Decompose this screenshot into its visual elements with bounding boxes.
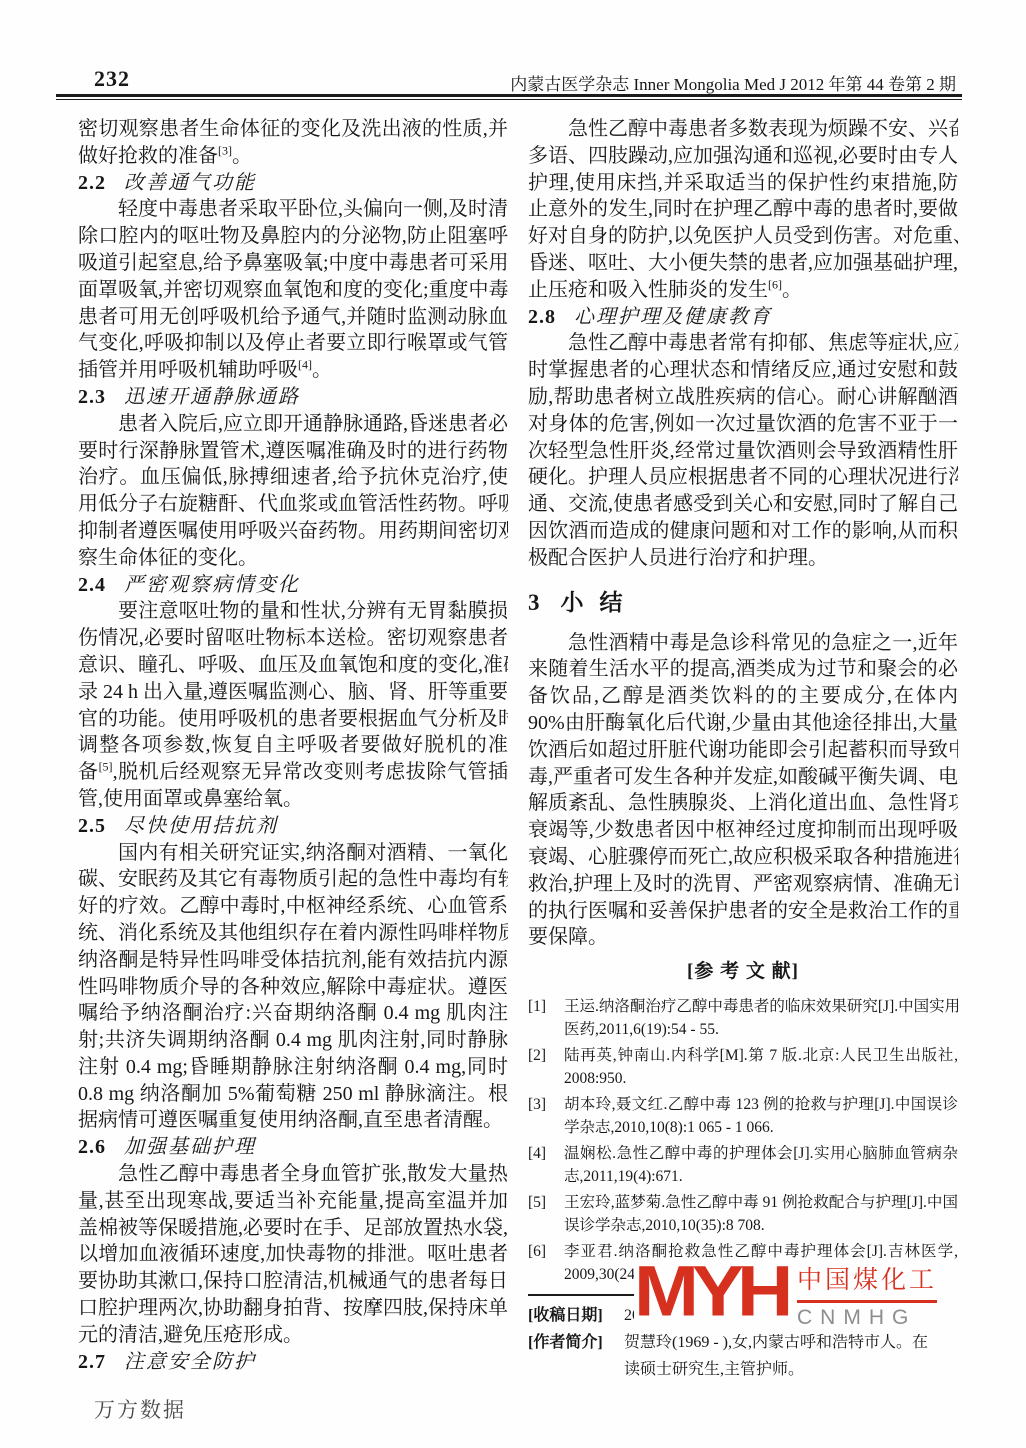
reference-line: 王宏玲,蓝梦菊.急性乙醇中毒 91 例抢救配合与护理[J].中国 [564, 1191, 958, 1214]
text-line: 衰竭、心脏骤停而死亡,故应积极采取各种措施进行 [528, 844, 958, 871]
paragraph: 急性乙醇中毒患者多数表现为烦躁不安、兴奋多语、四肢躁动,应加强沟通和巡视,必要时… [528, 116, 958, 304]
text-line: 管,使用面罩或鼻塞给氧。 [78, 786, 508, 813]
text-line: 救治,护理上及时的洗胃、严密观察病情、准确无误 [528, 871, 958, 898]
section-heading: 2.3迅速开通静脉通路 [78, 384, 508, 411]
text-line: 毒,严重者可发生各种并发症,如酸碱平衡失调、电 [528, 764, 958, 791]
text-line: 据病情可遵医嘱重复使用纳洛酮,直至患者清醒。 [78, 1107, 508, 1134]
section-title: 改善通气功能 [124, 172, 256, 194]
paragraph: 要注意呕吐物的量和性状,分辨有无胃黏膜损伤情况,必要时留呕吐物标本送检。密切观察… [78, 598, 508, 812]
wanfang-data-mark: 万方数据 [94, 1394, 186, 1424]
paragraph: 急性酒精中毒是急诊科常见的急症之一,近年来随着生活水平的提高,酒类成为过节和聚会… [528, 630, 958, 952]
citation-superscript: [4] [298, 358, 312, 372]
text-line: 0.8 mg 纳洛酮加 5%葡萄糖 250 ml 静脉滴注。根 [78, 1081, 508, 1108]
text-line: 面罩吸氧,并密切观察血氧饱和度的变化;重度中毒 [78, 277, 508, 304]
section-heading: 2.2改善通气功能 [78, 170, 508, 197]
text-line: 要保障。 [528, 924, 958, 951]
text-line: 90%由肝酶氧化后代谢,少量由其他途径排出,大量 [528, 710, 958, 737]
text-line: 插管并用呼吸机辅助呼吸[4]。 [78, 357, 508, 384]
text-line: 抑制者遵医嘱使用呼吸兴奋药物。用药期间密切观 [78, 518, 508, 545]
text-line: 量,甚至出现寒战,要适当补充能量,提高室温并加 [78, 1188, 508, 1215]
citation-superscript: [3] [218, 143, 232, 157]
text-line: 急性酒精中毒是急诊科常见的急症之一,近年 [528, 630, 958, 657]
section-number: 2.5 [78, 815, 106, 837]
text-line: 射;共济失调期纳洛酮 0.4 mg 肌肉注射,同时静脉 [78, 1027, 508, 1054]
citation-superscript: [6] [768, 277, 782, 291]
text-line: 察生命体征的变化。 [78, 545, 508, 572]
text-line: 口腔护理两次,协助翻身拍背、按摩四肢,保持床单 [78, 1295, 508, 1322]
footnote-text: 贺慧玲(1969 - ),女,内蒙古呼和浩特市人。在读硕士研究生,主管护师。 [624, 1329, 958, 1383]
text-line: 解质紊乱、急性胰腺炎、上消化道出血、急性肾功能 [528, 790, 958, 817]
section-number: 2.7 [78, 1351, 106, 1373]
watermark-text-block: 中国煤化工 CNMHG [797, 1260, 937, 1330]
text-line: 以增加血液循环速度,加快毒物的排泄。呕吐患者 [78, 1241, 508, 1268]
section-number: 2.4 [78, 574, 106, 596]
text-line: 急性乙醇中毒患者全身血管扩张,散发大量热 [78, 1161, 508, 1188]
section-heading: 2.8心理护理及健康教育 [528, 304, 958, 331]
text-line: 国内有相关研究证实,纳洛酮对酒精、一氧化 [78, 840, 508, 867]
reference-line: 胡本玲,聂文红.乙醇中毒 123 例的抢救与护理[J].中国误诊 [564, 1093, 958, 1116]
text-line: 治疗。血压偏低,脉搏细速者,给予抗休克治疗,使 [78, 464, 508, 491]
text-line: 轻度中毒患者采取平卧位,头偏向一侧,及时清 [78, 196, 508, 223]
text-line: 备饮品,乙醇是酒类饮料的的主要成分,在体内 [528, 683, 958, 710]
reference-label: [4] [528, 1142, 546, 1165]
footnote-label: [作者简介] [528, 1329, 603, 1356]
reference-item: [2]陆再英,钟南山.内科学[M].第 7 版.北京:人民卫生出版社,2008:… [528, 1044, 958, 1090]
text-line: 嘱给予纳洛酮治疗:兴奋期纳洛酮 0.4 mg 肌肉注 [78, 1000, 508, 1027]
reference-label: [1] [528, 995, 546, 1018]
text-line: 官的功能。使用呼吸机的患者要根据血气分析及时 [78, 706, 508, 733]
text-line: 护理,使用床挡,并采取适当的保护性约束措施,防 [528, 170, 958, 197]
text-line: 次轻型急性肝炎,经常过量饮酒则会导致酒精性肝 [528, 438, 958, 465]
text-line: 注射 0.4 mg;昏睡期静脉注射纳洛酮 0.4 mg,同时 [78, 1054, 508, 1081]
text-line: 好对自身的防护,以免医护人员受到伤害。对危重、 [528, 223, 958, 250]
section-heading: 2.7注意安全防护 [78, 1349, 508, 1376]
text-line: 时掌握患者的心理状态和情绪反应,通过安慰和鼓 [528, 357, 958, 384]
footnote: [作者简介]贺慧玲(1969 - ),女,内蒙古呼和浩特市人。在读硕士研究生,主… [528, 1329, 958, 1383]
reference-label: [3] [528, 1093, 546, 1116]
text-line: 录 24 h 出入量,遵医嘱监测心、脑、肾、肝等重要器 [78, 679, 508, 706]
paragraph: 密切观察患者生命体征的变化及洗出液的性质,并做好抢救的准备[3]。 [78, 116, 508, 170]
text-line: 元的清洁,避免压疮形成。 [78, 1322, 508, 1349]
text-line: 对身体的危害,例如一次过量饮酒的危害不亚于一 [528, 411, 958, 438]
text-line: 急性乙醇中毒患者常有抑郁、焦虑等症状,应及 [528, 330, 958, 357]
paragraph: 急性乙醇中毒患者常有抑郁、焦虑等症状,应及时掌握患者的心理状态和情绪反应,通过安… [528, 330, 958, 571]
text-line: 硬化。护理人员应根据患者不同的心理状况进行沟 [528, 464, 958, 491]
text-line: 做好抢救的准备[3]。 [78, 143, 508, 170]
text-line: 通、交流,使患者感受到关心和安慰,同时了解自己 [528, 491, 958, 518]
watermark-en-name: CNMHG [797, 1306, 937, 1330]
text-line: 用低分子右旋糖酐、代血浆或血管活性药物。呼吸 [78, 491, 508, 518]
text-line: 好的疗效。乙醇中毒时,中枢神经系统、心血管系 [78, 893, 508, 920]
left-column: 密切观察患者生命体征的变化及洗出液的性质,并做好抢救的准备[3]。2.2改善通气… [78, 116, 508, 1375]
section-number: 3 [528, 590, 541, 615]
section-number: 2.3 [78, 386, 106, 408]
section-number: 2.2 [78, 172, 106, 194]
text-line: 气变化,呼吸抑制以及停止者要立即行喉罩或气管 [78, 330, 508, 357]
text-line: 纳洛酮是特异性吗啡受体拮抗剂,能有效拮抗内源 [78, 947, 508, 974]
journal-page: { "page": { "page_number": "232", "journ… [0, 0, 1026, 1448]
header-rule [56, 94, 962, 100]
text-line: 饮酒后如超过肝脏代谢功能即会引起蓄积而导致中 [528, 737, 958, 764]
section-title: 迅速开通静脉通路 [124, 386, 300, 408]
reference-line: 陆再英,钟南山.内科学[M].第 7 版.北京:人民卫生出版社, [564, 1044, 958, 1067]
text-line: 励,帮助患者树立战胜疾病的信心。耐心讲解酗酒 [528, 384, 958, 411]
reference-item: [3]胡本玲,聂文红.乙醇中毒 123 例的抢救与护理[J].中国误诊学杂志,2… [528, 1093, 958, 1139]
section-heading: 2.4严密观察病情变化 [78, 572, 508, 599]
text-line: 衰竭等,少数患者因中枢神经过度抑制而出现呼吸 [528, 817, 958, 844]
reference-line: 王运.纳洛酮治疗乙醇中毒患者的临床效果研究[J].中国实用 [564, 995, 958, 1018]
text-line: 要协助其漱口,保持口腔清洁,机械通气的患者每日 [78, 1268, 508, 1295]
paragraph: 国内有相关研究证实,纳洛酮对酒精、一氧化碳、安眠药及其它有毒物质引起的急性中毒均… [78, 840, 508, 1135]
citation-superscript: [5] [99, 759, 113, 773]
text-line: 备[5],脱机后经观察无异常改变则考虑拔除气管插 [78, 759, 508, 786]
section-title: 加强基础护理 [124, 1136, 256, 1158]
text-line: 统、消化系统及其他组织存在着内源性吗啡样物质, [78, 920, 508, 947]
page-number: 232 [94, 66, 130, 92]
watermark-logo: MYH 中国煤化工 CNMHG [634, 1260, 934, 1334]
section-title: 注意安全防护 [124, 1351, 256, 1373]
text-line: 患者入院后,应立即开通静脉通路,昏迷患者必 [78, 411, 508, 438]
section-heading: 3小结 [528, 588, 958, 618]
watermark-cn-name: 中国煤化工 [797, 1260, 937, 1303]
text-line: 密切观察患者生命体征的变化及洗出液的性质,并 [78, 116, 508, 143]
section-number: 2.6 [78, 1136, 106, 1158]
reference-line: 学杂志,2010,10(8):1 065 - 1 066. [564, 1116, 958, 1139]
text-line: 来随着生活水平的提高,酒类成为过节和聚会的必 [528, 656, 958, 683]
text-line: 读硕士研究生,主管护师。 [624, 1356, 958, 1383]
text-line: 昏迷、呕吐、大小便失禁的患者,应加强基础护理,防 [528, 250, 958, 277]
journal-header: 内蒙古医学杂志 Inner Mongolia Med J 2012 年第 44 … [510, 70, 956, 95]
text-line: 患者可用无创呼吸机给予通气,并随时监测动脉血 [78, 304, 508, 331]
reference-line: 误诊学杂志,2010,10(35):8 708. [564, 1214, 958, 1237]
references-title: [参 考 文 献] [528, 961, 958, 983]
section-title: 心理护理及健康教育 [574, 306, 772, 328]
footnote-label: [收稿日期] [528, 1302, 603, 1329]
paragraph: 患者入院后,应立即开通静脉通路,昏迷患者必要时行深静脉置管术,遵医嘱准确及时的进… [78, 411, 508, 572]
paragraph: 急性乙醇中毒患者全身血管扩张,散发大量热量,甚至出现寒战,要适当补充能量,提高室… [78, 1161, 508, 1349]
reference-label: [2] [528, 1044, 546, 1067]
text-line: 极配合医护人员进行治疗和护理。 [528, 545, 958, 572]
text-line: 因饮酒而造成的健康问题和对工作的影响,从而积 [528, 518, 958, 545]
text-line: 止意外的发生,同时在护理乙醇中毒的患者时,要做 [528, 196, 958, 223]
right-column: 急性乙醇中毒患者多数表现为烦躁不安、兴奋多语、四肢躁动,应加强沟通和巡视,必要时… [528, 116, 958, 1383]
reference-list: [1]王运.纳洛酮治疗乙醇中毒患者的临床效果研究[J].中国实用医药,2011,… [528, 995, 958, 1286]
text-line: 碳、安眠药及其它有毒物质引起的急性中毒均有较 [78, 866, 508, 893]
paragraph: 轻度中毒患者采取平卧位,头偏向一侧,及时清除口腔内的呕吐物及鼻腔内的分泌物,防止… [78, 196, 508, 384]
text-line: 急性乙醇中毒患者多数表现为烦躁不安、兴奋 [528, 116, 958, 143]
reference-label: [6] [528, 1240, 546, 1263]
text-line: 止压疮和吸入性肺炎的发生[6]。 [528, 277, 958, 304]
reference-line: 医药,2011,6(19):54 - 55. [564, 1018, 958, 1041]
text-line: 性吗啡物质介导的各种效应,解除中毒症状。遵医 [78, 974, 508, 1001]
reference-item: [5]王宏玲,蓝梦菊.急性乙醇中毒 91 例抢救配合与护理[J].中国误诊学杂志… [528, 1191, 958, 1237]
reference-item: [1]王运.纳洛酮治疗乙醇中毒患者的临床效果研究[J].中国实用医药,2011,… [528, 995, 958, 1041]
text-line: 多语、四肢躁动,应加强沟通和巡视,必要时由专人 [528, 143, 958, 170]
section-heading: 2.5尽快使用拮抗剂 [78, 813, 508, 840]
coal-chem-logo-mark-icon: MYH [634, 1254, 786, 1328]
reference-line: 温娴松.急性乙醇中毒的护理体会[J].实用心脑肺血管病杂 [564, 1142, 958, 1165]
reference-line: 志,2011,19(4):671. [564, 1165, 958, 1188]
text-line: 吸道引起窒息,给予鼻塞吸氧;中度中毒患者可采用 [78, 250, 508, 277]
section-heading: 2.6加强基础护理 [78, 1134, 508, 1161]
text-line: 调整各项参数,恢复自主呼吸者要做好脱机的准 [78, 732, 508, 759]
text-line: 要时行深静脉置管术,遵医嘱准确及时的进行药物 [78, 438, 508, 465]
text-line: 要注意呕吐物的量和性状,分辨有无胃黏膜损 [78, 598, 508, 625]
reference-item: [4]温娴松.急性乙醇中毒的护理体会[J].实用心脑肺血管病杂志,2011,19… [528, 1142, 958, 1188]
reference-label: [5] [528, 1191, 546, 1214]
text-line: 除口腔内的呕吐物及鼻腔内的分泌物,防止阻塞呼 [78, 223, 508, 250]
section-number: 2.8 [528, 306, 556, 328]
reference-line: 2008:950. [564, 1067, 958, 1090]
text-line: 意识、瞳孔、呼吸、血压及血氧饱和度的变化,准确记 [78, 652, 508, 679]
section-title: 严密观察病情变化 [124, 574, 300, 596]
section-title: 小结 [561, 590, 639, 615]
section-title: 尽快使用拮抗剂 [124, 815, 278, 837]
text-line: 的执行医嘱和妥善保护患者的安全是救治工作的重 [528, 898, 958, 925]
text-line: 盖棉被等保暖措施,必要时在手、足部放置热水袋, [78, 1215, 508, 1242]
text-line: 伤情况,必要时留呕吐物标本送检。密切观察患者 [78, 625, 508, 652]
